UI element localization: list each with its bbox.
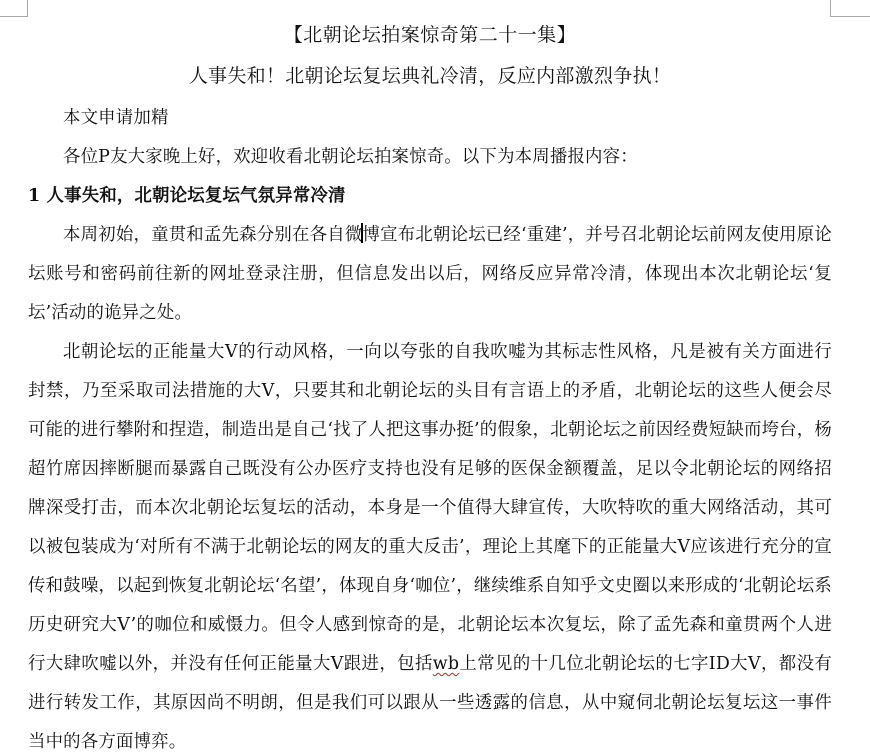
document-title: 【北朝论坛拍案惊奇第二十一集】 bbox=[28, 18, 832, 52]
paragraph-text: 北朝论坛的正能量大V的行动风格，一向以夸张的自我吹嘘为其标志性风格，凡是被有关方… bbox=[28, 342, 832, 674]
document-body[interactable]: 【北朝论坛拍案惊奇第二十一集】 人事失和！北朝论坛复坛典礼冷清，反应内部激烈争执… bbox=[28, 18, 832, 754]
page-corner-mark-top-left bbox=[0, 0, 28, 17]
greeting-paragraph: 各位P友大家晚上好，欢迎收看北朝论坛拍案惊奇。以下为本周播报内容： bbox=[28, 138, 832, 177]
paragraph-text: 本周初始，童贯和孟先森分别在各自微 bbox=[63, 225, 362, 245]
document-page[interactable]: 【北朝论坛拍案惊奇第二十一集】 人事失和！北朝论坛复坛典礼冷清，反应内部激烈争执… bbox=[0, 0, 870, 754]
body-paragraph-1: 本周初始，童贯和孟先森分别在各自微博宣布北朝论坛已经‘重建’，并号召北朝论坛前网… bbox=[28, 216, 832, 333]
page-corner-mark-top-right bbox=[830, 0, 870, 17]
body-paragraph-2: 北朝论坛的正能量大V的行动风格，一向以夸张的自我吹嘘为其标志性风格，凡是被有关方… bbox=[28, 333, 832, 754]
spellcheck-flagged-word[interactable]: wb bbox=[433, 654, 459, 674]
note-paragraph: 本文申请加精 bbox=[28, 99, 832, 138]
section-heading: 1 人事失和，北朝论坛复坛气氛异常冷清 bbox=[28, 177, 832, 216]
document-subtitle: 人事失和！北朝论坛复坛典礼冷清，反应内部激烈争执！ bbox=[28, 59, 832, 93]
